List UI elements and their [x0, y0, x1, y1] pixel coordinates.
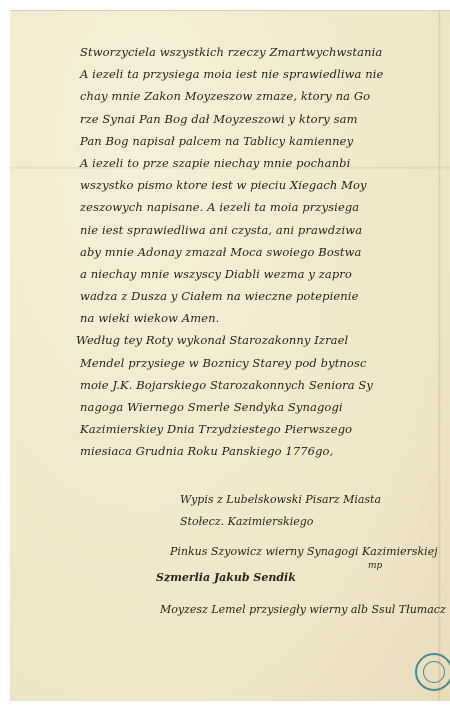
- text-line: na wieki wiekow Amen.: [80, 307, 440, 329]
- text-line: rze Synai Pan Bog dał Moyzeszowi y ktory…: [80, 108, 440, 130]
- text-line: A iezeli ta przysiega moia iest nie spra…: [80, 63, 440, 85]
- witness-mark: mp: [368, 561, 382, 571]
- text-line: moie J.K. Bojarskiego Starozakonnych Sen…: [80, 374, 440, 396]
- text-line: chay mnie Zakon Moyzeszow zmaze, ktory n…: [80, 85, 440, 107]
- text-line: Kazimierskiey Dnia Trzydziestego Pierwsz…: [80, 418, 440, 440]
- text-line: miesiaca Grudnia Roku Panskiego 1776go,: [80, 440, 440, 462]
- text-line: aby mnie Adonay zmazał Moca swoiego Bost…: [80, 241, 440, 263]
- text-line: Mendel przysiege w Boznicy Starey pod by…: [80, 352, 440, 374]
- text-line: A iezeli to prze szapie niechay mnie poc…: [80, 152, 440, 174]
- stamp-inner-ring: [423, 661, 445, 683]
- text-line: Stworzyciela wszystkich rzeczy Zmartwych…: [80, 41, 440, 63]
- text-line: nie iest sprawiedliwa ani czysta, ani pr…: [80, 219, 440, 241]
- text-line: nagoga Wiernego Smerle Sendyka Synagogi: [80, 396, 440, 418]
- notary-signature: Wypis z Lubelskowski Pisarz Miasta Stołe…: [180, 489, 410, 533]
- witness-signature: Pinkus Szyowicz wierny Synagogi Kazimier…: [170, 545, 438, 558]
- main-signature: Szmerlia Jakub Sendik: [156, 571, 296, 584]
- text-line: wszystko pismo ktore iest w pieciu Xiega…: [80, 174, 440, 196]
- translator-signature: Moyzesz Lemel przysiegły wierny alb Ssul…: [160, 603, 446, 616]
- text-line: zeszowych napisane. A iezeli ta moia prz…: [80, 196, 440, 218]
- text-line: wadza z Dusza y Ciałem na wieczne potepi…: [80, 285, 440, 307]
- text-line: Pan Bog napisał palcem na Tablicy kamien…: [80, 130, 440, 152]
- text-line: Według tey Roty wykonał Starozakonny Izr…: [76, 329, 440, 351]
- manuscript-page: Stworzyciela wszystkich rzeczy Zmartwych…: [10, 10, 450, 701]
- text-line: a niechay mnie wszyscy Diabli wezma y za…: [80, 263, 440, 285]
- manuscript-body: Stworzyciela wszystkich rzeczy Zmartwych…: [80, 41, 440, 463]
- archive-stamp: [415, 653, 450, 691]
